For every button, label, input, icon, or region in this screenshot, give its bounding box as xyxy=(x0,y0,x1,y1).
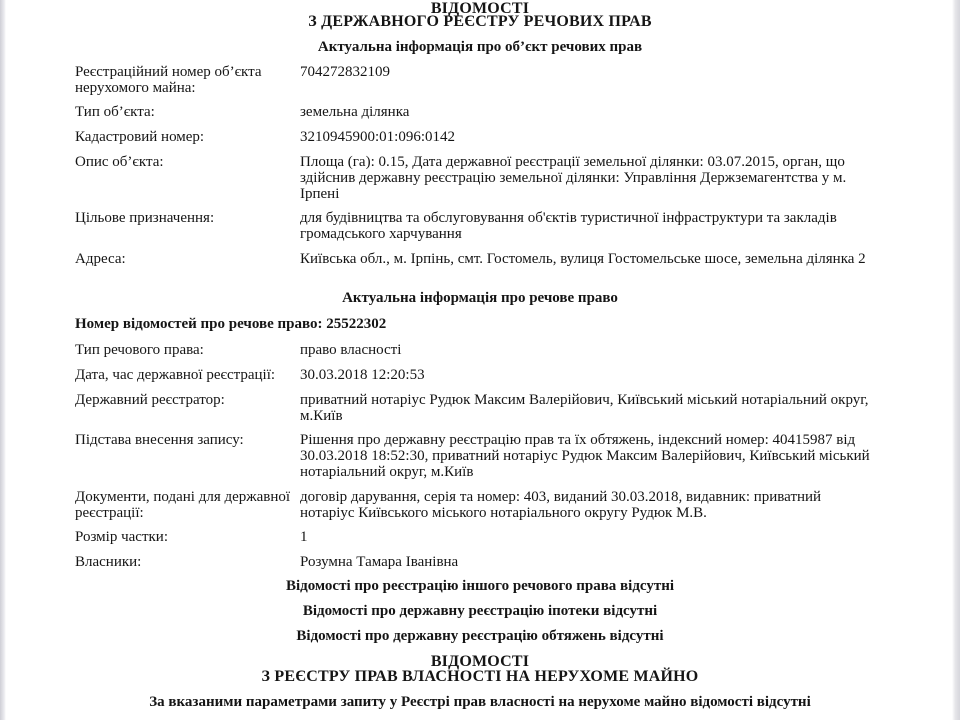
field-label: Державний реєстратор: xyxy=(75,392,295,408)
field-label: Цільове призначення: xyxy=(75,210,295,226)
field-label: Тип об’єкта: xyxy=(75,104,295,120)
notice-other-right: Відомості про реєстрацію іншого речового… xyxy=(0,578,960,595)
field-label: Розмір частки: xyxy=(75,529,295,545)
field-label: Кадастровий номер: xyxy=(75,129,295,145)
field-label: Підстава внесення запису: xyxy=(75,432,295,448)
registry2-title-line2: З РЕЄСТРУ ПРАВ ВЛАСНОСТІ НА НЕРУХОМЕ МАЙ… xyxy=(0,668,960,685)
document-page: ВІДОМОСТІ З ДЕРЖАВНОГО РЕЄСТРУ РЕЧОВИХ П… xyxy=(0,0,960,720)
field-label: Опис об’єкта: xyxy=(75,154,295,170)
field-label: Тип речового права: xyxy=(75,342,295,358)
right-number-line: Номер відомостей про речове право: 25522… xyxy=(75,316,386,332)
field-label: Реєстраційний номер об’єкта нерухомого м… xyxy=(75,64,295,96)
notice-mortgage: Відомості про державну реєстрацію іпотек… xyxy=(0,603,960,620)
field-value: 30.03.2018 12:20:53 xyxy=(300,367,870,383)
field-value: 704272832109 xyxy=(300,64,870,80)
field-label: Власники: xyxy=(75,554,295,570)
field-value: право власності xyxy=(300,342,870,358)
field-value: Площа (га): 0.15, Дата державної реєстра… xyxy=(300,154,870,202)
field-value: 1 xyxy=(300,529,870,545)
section-title-right: Актуальна інформація про речове право xyxy=(0,290,960,307)
document-title-line2: З ДЕРЖАВНОГО РЕЄСТРУ РЕЧОВИХ ПРАВ xyxy=(0,13,960,30)
field-label: Дата, час державної реєстрації: xyxy=(75,367,295,383)
field-value: приватний нотаріус Рудюк Максим Валерійо… xyxy=(300,392,870,424)
field-value: Розумна Тамара Іванівна xyxy=(300,554,870,570)
field-label: Адреса: xyxy=(75,251,295,267)
field-value: для будівництва та обслуговування об'єкт… xyxy=(300,210,870,242)
field-value: Рішення про державну реєстрацію прав та … xyxy=(300,432,870,480)
field-value: 3210945900:01:096:0142 xyxy=(300,129,870,145)
section-title-object: Актуальна інформація про об’єкт речових … xyxy=(0,39,960,56)
notice-encumbrance: Відомості про державну реєстрацію обтяже… xyxy=(0,628,960,645)
field-value: договір дарування, серія та номер: 403, … xyxy=(300,489,870,521)
field-value: Київська обл., м. Ірпінь, смт. Гостомель… xyxy=(300,251,870,267)
registry2-note: За вказаними параметрами запиту у Реєстр… xyxy=(0,694,960,711)
field-label: Документи, подані для державної реєстрац… xyxy=(75,489,295,521)
field-value: земельна ділянка xyxy=(300,104,870,120)
